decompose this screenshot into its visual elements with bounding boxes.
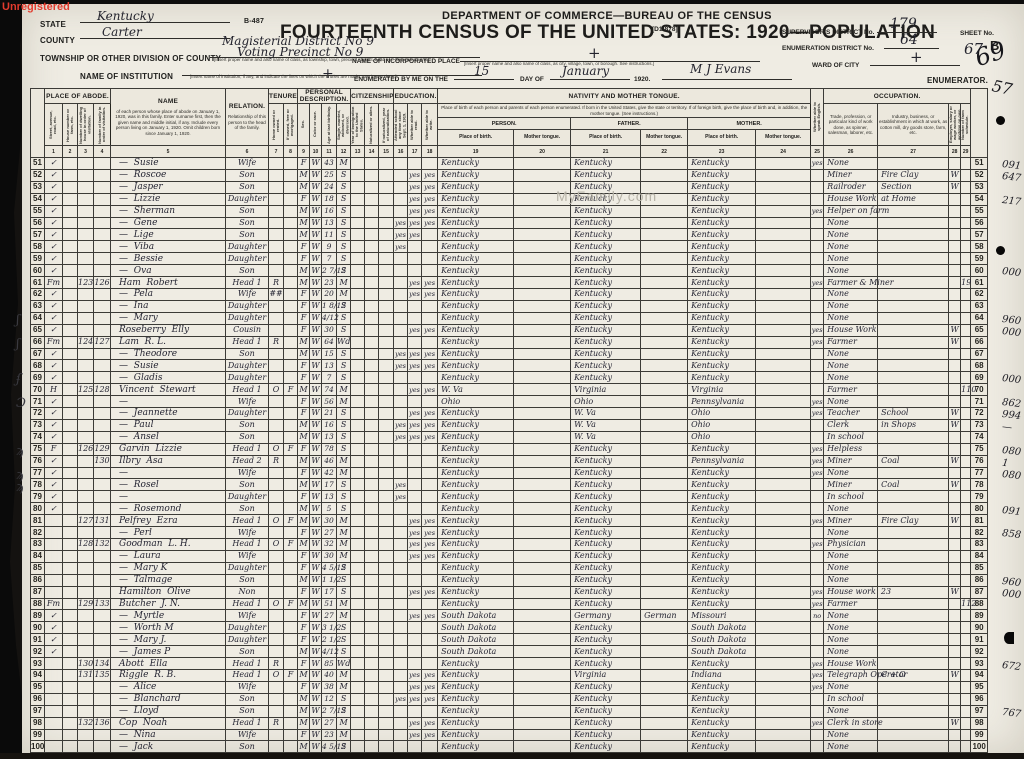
cell-ag: 11 <box>322 229 337 241</box>
cell-hn <box>63 646 78 658</box>
cell-tm <box>756 229 811 241</box>
cell-tf <box>641 217 688 229</box>
cell-c2 <box>365 229 379 241</box>
cell-nm: — Jeannette <box>111 408 226 420</box>
cell-wk: W <box>949 669 961 681</box>
cell-fb: Germany <box>571 610 641 622</box>
cell-ra: W <box>310 574 322 586</box>
cell-tp <box>514 658 571 670</box>
cell-c3 <box>379 205 394 217</box>
cell-sp <box>811 360 824 372</box>
cell-in <box>878 539 949 551</box>
line-number-right: 58 <box>971 241 988 253</box>
cell-tf <box>641 717 688 729</box>
cell-c: ✓ <box>45 408 63 420</box>
cell-ra: W <box>310 348 322 360</box>
cell-sp: yes <box>811 467 824 479</box>
cell-wk <box>949 241 961 253</box>
cell-e1 <box>394 384 408 396</box>
cell-hn <box>63 205 78 217</box>
census-row: 76✓130Ilbry AsaHead 2RMW46MKentuckyKentu… <box>31 455 988 467</box>
cell-t2 <box>284 396 298 408</box>
cell-e1 <box>394 408 408 420</box>
cell-c: ✓ <box>45 300 63 312</box>
pen-scribble: ϡ <box>16 480 24 495</box>
cell-tp <box>514 539 571 551</box>
cell-t2: F <box>284 515 298 527</box>
cell-c3 <box>379 419 394 431</box>
cell-t2 <box>284 253 298 265</box>
census-row: 51✓— SusieWifeFW43MKentuckyKentuckyKentu… <box>31 158 988 170</box>
cell-c: ✓ <box>45 634 63 646</box>
cell-hn <box>63 169 78 181</box>
cell-rel: Son <box>226 205 269 217</box>
cell-sx: M <box>298 646 310 658</box>
column-number: 13 <box>351 146 365 158</box>
cell-fb: Kentucky <box>571 634 641 646</box>
line-number-left: 61 <box>31 277 45 289</box>
cell-t1 <box>269 229 284 241</box>
cell-wk: W <box>949 336 961 348</box>
cell-wk <box>949 265 961 277</box>
cell-sp <box>811 550 824 562</box>
cell-e2 <box>408 312 422 324</box>
line-number-left: 89 <box>31 610 45 622</box>
cell-oc: None <box>824 634 878 646</box>
cell-ra: W <box>310 646 322 658</box>
cell-nm: Pelfrey Ezra <box>111 515 226 527</box>
cell-oc: Helper on farm <box>824 205 878 217</box>
cell-e1: yes <box>394 431 408 443</box>
cell-tp <box>514 443 571 455</box>
cell-sx: F <box>298 622 310 634</box>
cell-e2: yes <box>408 288 422 300</box>
cell-e1 <box>394 634 408 646</box>
cell-wk <box>949 277 961 289</box>
cell-c1 <box>351 550 365 562</box>
census-table: PLACE OF ABODE. NAME of each person whos… <box>30 88 988 753</box>
cell-ra: W <box>310 229 322 241</box>
cell-ra: W <box>310 610 322 622</box>
cell-pb: Kentucky <box>438 348 514 360</box>
state-label: STATE <box>40 20 66 29</box>
cell-c <box>45 693 63 705</box>
incorporated-note: [Insert proper name and also name of cla… <box>464 61 654 66</box>
cell-t2 <box>284 586 298 598</box>
cell-pb: W. Va <box>438 384 514 396</box>
cell-c1 <box>351 527 365 539</box>
margin-note: 960 <box>1001 314 1021 327</box>
cell-rel: Daughter <box>226 408 269 420</box>
cell-c1 <box>351 241 365 253</box>
cell-t1 <box>269 241 284 253</box>
cell-ag: 74 <box>322 384 337 396</box>
cell-f <box>94 360 111 372</box>
cell-ag: 4/12 <box>322 312 337 324</box>
cell-sx: F <box>298 562 310 574</box>
cell-c: ✓ <box>45 360 63 372</box>
cell-e2 <box>408 574 422 586</box>
cell-in <box>878 384 949 396</box>
cell-in: in Shops <box>878 419 949 431</box>
cell-hn <box>63 503 78 515</box>
cell-pb: Kentucky <box>438 693 514 705</box>
cell-c2 <box>365 598 379 610</box>
line-number-right: 59 <box>971 253 988 265</box>
cell-f <box>94 396 111 408</box>
cell-rel: Head 1 <box>226 336 269 348</box>
cell-t1 <box>269 253 284 265</box>
cell-c: ✓ <box>45 372 63 384</box>
cell-ms: S <box>337 491 351 503</box>
line-number-right: 65 <box>971 324 988 336</box>
column-number: 10 <box>310 146 322 158</box>
incorporated-mark: + <box>588 44 601 62</box>
cell-c: ✓ <box>45 217 63 229</box>
cell-f <box>94 586 111 598</box>
cell-t2 <box>284 193 298 205</box>
cell-tm <box>756 193 811 205</box>
cell-ms: S <box>337 408 351 420</box>
cell-oc: Farmer <box>824 598 878 610</box>
cell-nm: Hamilton Olive <box>111 586 226 598</box>
cell-e1 <box>394 658 408 670</box>
cell-rel: Wife <box>226 288 269 300</box>
cell-oc: Miner <box>824 169 878 181</box>
cell-tf <box>641 467 688 479</box>
cell-t2 <box>284 431 298 443</box>
cell-e1 <box>394 610 408 622</box>
cell-c3 <box>379 324 394 336</box>
cell-oc: None <box>824 622 878 634</box>
line-number-left: 68 <box>31 360 45 372</box>
subgroup-mother: MOTHER. <box>688 118 811 130</box>
cell-fs <box>961 396 971 408</box>
line-number-right: 89 <box>971 610 988 622</box>
cell-e3: yes <box>422 193 438 205</box>
cell-e3 <box>422 658 438 670</box>
cell-c1 <box>351 396 365 408</box>
cell-ra: W <box>310 158 322 170</box>
cell-sx: M <box>298 419 310 431</box>
cell-nm: — Mary J. <box>111 634 226 646</box>
cell-c3 <box>379 360 394 372</box>
cell-fb: Kentucky <box>571 169 641 181</box>
cell-hn <box>63 658 78 670</box>
cell-e2 <box>408 253 422 265</box>
cell-hn <box>63 634 78 646</box>
line-number-right: 81 <box>971 515 988 527</box>
cell-c2 <box>365 705 379 717</box>
column-numbers-row: 1234567891011121314151617181920212223242… <box>31 146 988 158</box>
cell-c3 <box>379 717 394 729</box>
cell-mb: Kentucky <box>688 300 756 312</box>
cell-ra: W <box>310 455 322 467</box>
cell-oc: None <box>824 360 878 372</box>
cell-ra: W <box>310 658 322 670</box>
cell-tf <box>641 324 688 336</box>
column-number: 20 <box>514 146 571 158</box>
line-number-left: 64 <box>31 312 45 324</box>
cell-mb: Kentucky <box>688 193 756 205</box>
supervisor-value: 179 <box>890 16 917 32</box>
cell-c2 <box>365 693 379 705</box>
cell-t2 <box>284 372 298 384</box>
cell-fb: Kentucky <box>571 360 641 372</box>
cell-t2 <box>284 419 298 431</box>
cell-oc: Miner <box>824 479 878 491</box>
cell-hn <box>63 717 78 729</box>
cell-t1: O <box>269 539 284 551</box>
line-number-left: 87 <box>31 586 45 598</box>
cell-fs: 110 <box>961 384 971 396</box>
cell-hn <box>63 300 78 312</box>
cell-fs <box>961 527 971 539</box>
line-number-left: 98 <box>31 717 45 729</box>
cell-oc: None <box>824 241 878 253</box>
cell-ag: 20 <box>322 288 337 300</box>
cell-sp <box>811 348 824 360</box>
cell-ag: 27 <box>322 610 337 622</box>
cell-mb: Kentucky <box>688 527 756 539</box>
cell-tm <box>756 288 811 300</box>
cell-t1 <box>269 408 284 420</box>
cell-ag: 27 <box>322 717 337 729</box>
census-row: 72✓— JeannetteDaughterFW21SyesyesKentuck… <box>31 408 988 420</box>
cell-rel: Wife <box>226 610 269 622</box>
cell-ms: S <box>337 217 351 229</box>
cell-ag: 42 <box>322 467 337 479</box>
cell-t2 <box>284 181 298 193</box>
cell-sx: M <box>298 455 310 467</box>
cell-tp <box>514 491 571 503</box>
cell-ms: S <box>337 348 351 360</box>
cell-e1 <box>394 312 408 324</box>
cell-hn <box>63 491 78 503</box>
cell-tm <box>756 348 811 360</box>
cell-sp <box>811 646 824 658</box>
cell-tf <box>641 515 688 527</box>
cell-t2: F <box>284 669 298 681</box>
group-name: NAME of each person whose place of abode… <box>111 89 226 146</box>
cell-f <box>94 491 111 503</box>
cell-sp <box>811 527 824 539</box>
cell-c3 <box>379 693 394 705</box>
cell-f <box>94 205 111 217</box>
cell-fb: Kentucky <box>571 527 641 539</box>
cell-f <box>94 193 111 205</box>
line-number-left: 90 <box>31 622 45 634</box>
cell-c1 <box>351 717 365 729</box>
cell-e2 <box>408 372 422 384</box>
cell-tm <box>756 253 811 265</box>
cell-mb: Kentucky <box>688 443 756 455</box>
cell-wk <box>949 539 961 551</box>
cell-mb: Kentucky <box>688 312 756 324</box>
cell-e2 <box>408 491 422 503</box>
cell-mb: Kentucky <box>688 550 756 562</box>
line-number-right: 94 <box>971 669 988 681</box>
cell-ra: W <box>310 741 322 753</box>
cell-ra: W <box>310 408 322 420</box>
cell-tm <box>756 384 811 396</box>
cell-tm <box>756 729 811 741</box>
cell-e1 <box>394 681 408 693</box>
cell-t1 <box>269 610 284 622</box>
line-number-right: 83 <box>971 539 988 551</box>
cell-ra: W <box>310 169 322 181</box>
cell-c: ✓ <box>45 158 63 170</box>
cell-mb: Kentucky <box>688 705 756 717</box>
township-value2: Voting Precinct No 9 <box>237 45 363 59</box>
cell-c3 <box>379 253 394 265</box>
cell-tf <box>641 503 688 515</box>
cell-rel: Wife <box>226 396 269 408</box>
column-number: 18 <box>422 146 438 158</box>
cell-ag: 7 <box>322 253 337 265</box>
line-number-header-right <box>971 89 988 158</box>
cell-sp: yes <box>811 408 824 420</box>
cell-d <box>78 574 94 586</box>
cell-ms: S <box>337 169 351 181</box>
cell-d <box>78 634 94 646</box>
cell-sp <box>811 372 824 384</box>
cell-c1 <box>351 265 365 277</box>
cell-fs <box>961 610 971 622</box>
cell-tm <box>756 241 811 253</box>
line-number-right: 61 <box>971 277 988 289</box>
cell-ag: 2 7/12 <box>322 705 337 717</box>
cell-tm <box>756 217 811 229</box>
cell-t2 <box>284 205 298 217</box>
line-number-right: 75 <box>971 443 988 455</box>
cell-oc: Farmer <box>824 384 878 396</box>
cell-mb: Kentucky <box>688 717 756 729</box>
cell-e2: yes <box>408 550 422 562</box>
cell-tp <box>514 419 571 431</box>
cell-in <box>878 241 949 253</box>
cell-mb: Kentucky <box>688 503 756 515</box>
cell-d <box>78 300 94 312</box>
column-number: 25 <box>811 146 824 158</box>
cell-rel: Daughter <box>226 622 269 634</box>
cell-c3 <box>379 372 394 384</box>
cell-e1 <box>394 550 408 562</box>
cell-mb: Kentucky <box>688 562 756 574</box>
cell-e1 <box>394 288 408 300</box>
cell-fs <box>961 693 971 705</box>
cell-f <box>94 550 111 562</box>
cell-sp <box>811 574 824 586</box>
cell-wk <box>949 550 961 562</box>
cell-c: ✓ <box>45 610 63 622</box>
cell-sp <box>811 169 824 181</box>
cell-c2 <box>365 669 379 681</box>
cell-t2 <box>284 467 298 479</box>
line-number-left: 91 <box>31 634 45 646</box>
cell-sx: M <box>298 669 310 681</box>
cell-fs <box>961 741 971 753</box>
cell-ra: W <box>310 312 322 324</box>
cell-e2: yes <box>408 586 422 598</box>
cell-f <box>94 622 111 634</box>
cell-sp <box>811 229 824 241</box>
column-number: 21 <box>571 146 641 158</box>
cell-tp <box>514 681 571 693</box>
cell-t1: R <box>269 455 284 467</box>
cell-sp <box>811 253 824 265</box>
cell-mb: Kentucky <box>688 181 756 193</box>
cell-tm <box>756 479 811 491</box>
cell-ra: W <box>310 372 322 384</box>
cell-wk <box>949 681 961 693</box>
cell-c3 <box>379 229 394 241</box>
cell-t2 <box>284 658 298 670</box>
cell-wk <box>949 562 961 574</box>
cell-t2 <box>284 550 298 562</box>
cell-wk: W <box>949 324 961 336</box>
cell-e2: yes <box>408 681 422 693</box>
line-number-left: 86 <box>31 574 45 586</box>
column-number: 9 <box>298 146 310 158</box>
cell-ag: 4 5/12 <box>322 741 337 753</box>
cell-c3 <box>379 158 394 170</box>
cell-tm <box>756 312 811 324</box>
cell-fb: Kentucky <box>571 693 641 705</box>
cell-hn <box>63 741 78 753</box>
cell-rel: Head 1 <box>226 658 269 670</box>
cell-ag: 5 <box>322 503 337 515</box>
cell-mb: South Dakota <box>688 646 756 658</box>
cell-wk <box>949 634 961 646</box>
line-number-left: 51 <box>31 158 45 170</box>
cell-tp <box>514 634 571 646</box>
line-number-left: 73 <box>31 419 45 431</box>
cell-rel: Son <box>226 574 269 586</box>
cell-t2 <box>284 479 298 491</box>
cell-mb: Kentucky <box>688 277 756 289</box>
cell-rel: Daughter <box>226 491 269 503</box>
cell-tm <box>756 158 811 170</box>
cell-ag: 21 <box>322 408 337 420</box>
cell-c <box>45 515 63 527</box>
cell-hn <box>63 384 78 396</box>
cell-ra: W <box>310 717 322 729</box>
cell-in <box>878 229 949 241</box>
cell-tp <box>514 693 571 705</box>
cell-fb: Kentucky <box>571 312 641 324</box>
cell-nm: — Rosemond <box>111 503 226 515</box>
cell-c: ✓ <box>45 265 63 277</box>
cell-pb: Kentucky <box>438 277 514 289</box>
cell-pb: Kentucky <box>438 455 514 467</box>
cell-rel: Son <box>226 265 269 277</box>
cell-e2: yes <box>408 229 422 241</box>
census-row: 55✓— ShermanSonMW16SyesyesKentuckyKentuc… <box>31 205 988 217</box>
cell-wk: W <box>949 515 961 527</box>
cell-nm: — Myrtle <box>111 610 226 622</box>
cell-f <box>94 324 111 336</box>
cell-c1 <box>351 622 365 634</box>
cell-t1 <box>269 300 284 312</box>
cell-ra: W <box>310 539 322 551</box>
cell-rel: Son <box>226 169 269 181</box>
cell-rel: Head 1 <box>226 515 269 527</box>
cell-tp <box>514 610 571 622</box>
cell-ra: W <box>310 550 322 562</box>
cell-tm <box>756 181 811 193</box>
cell-ag: 40 <box>322 669 337 681</box>
